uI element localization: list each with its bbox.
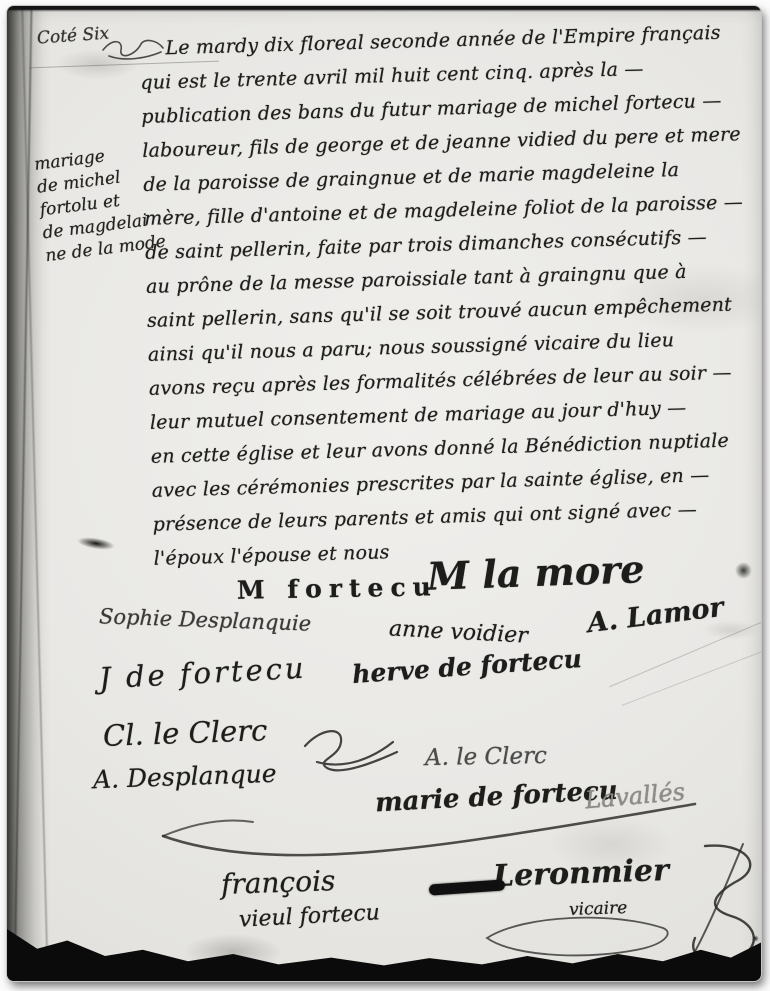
signature-marie-de-fortecu: marie de fortecu (374, 776, 618, 819)
ink-dot (751, 934, 760, 943)
signature-leronmier-vicaire: Leronmier (492, 853, 669, 894)
page-bottom-torn-edge (7, 929, 761, 981)
signature-francois: françois (220, 864, 335, 901)
signature-a-le-clerc: A. le Clerc (425, 743, 547, 771)
signature-cl-le-clerc: Cl. le Clerc (102, 713, 267, 753)
act-body-text: Le mardy dix floreal seconde année de l'… (139, 15, 761, 576)
signature-sophie-desplanquie: Sophie Desplanquie (99, 604, 312, 635)
signature-vieul-fortecu: vieul fortecu (238, 900, 380, 932)
ink-smudge (735, 562, 752, 579)
signature-herve-de-fortecu: herve de fortecu (351, 644, 582, 689)
faint-scratch-line (622, 651, 761, 706)
signature-anne-voidier: anne voidier (388, 616, 528, 648)
signature-vicaire-title: vicaire (569, 898, 628, 920)
signature-a-desplanque: A. Desplanque (93, 759, 277, 794)
page-top-edge (7, 6, 761, 12)
manuscript-photo: Coté Six mariage de michel fortolu et de… (7, 6, 761, 981)
scanned-register-page: Coté Six mariage de michel fortolu et de… (0, 0, 770, 991)
signature-m-la-more: M la more (426, 546, 645, 599)
signature-m-fortecu: M fortecu (237, 572, 438, 605)
corner-note: Coté Six (36, 24, 109, 49)
le-clerc-paraph-flourish (297, 718, 407, 776)
signature-j-de-fortecu: J de fortecu (98, 651, 307, 696)
signature-a-lamor: A. Lamor (586, 592, 726, 639)
ink-smudge (76, 535, 115, 552)
